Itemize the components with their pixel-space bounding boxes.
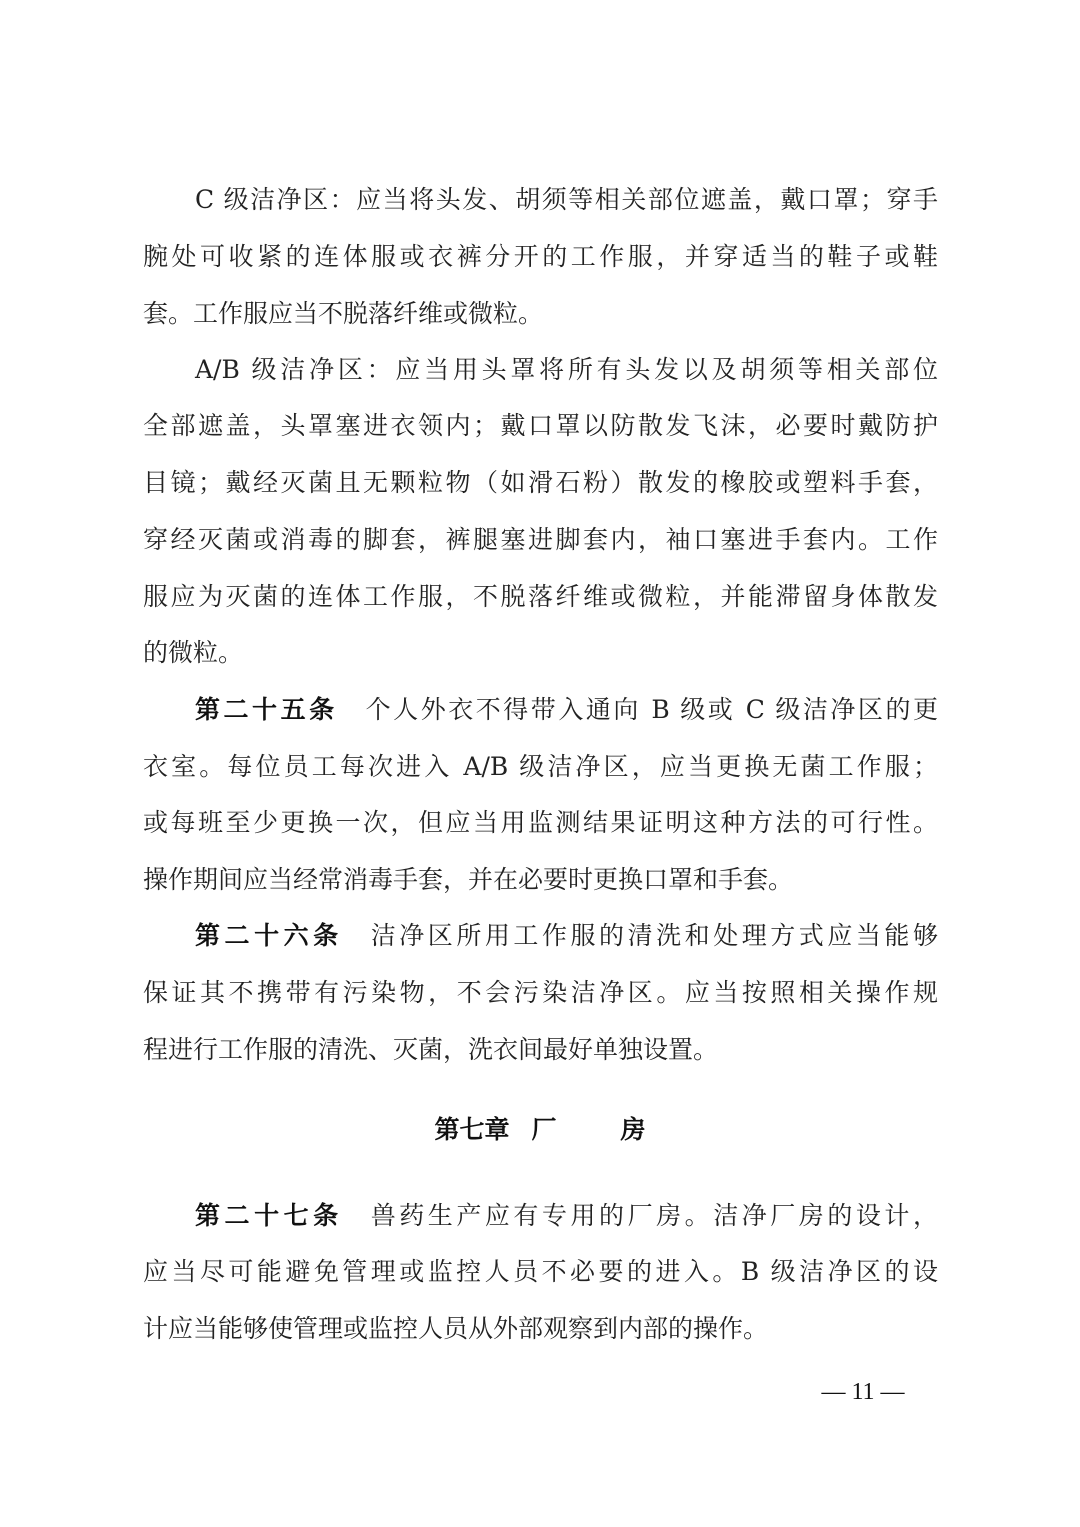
text-line: 全部遮盖，头罩塞进衣领内；戴口罩以防散发飞沫，必要时戴防护: [143, 406, 938, 446]
text-line: 计应当能够使管理或监控人员从外部观察到内部的操作。: [143, 1309, 938, 1349]
text-line: 第二十七条兽药生产应有专用的厂房。洁净厂房的设计，: [195, 1196, 938, 1236]
text-line: 服应为灭菌的连体工作服，不脱落纤维或微粒，并能滞留身体散发: [143, 577, 938, 617]
text-line: 应当尽可能避免管理或监控人员不必要的进入。B 级洁净区的设: [143, 1252, 938, 1292]
article-text: 兽药生产应有专用的厂房。洁净厂房的设计，: [371, 1201, 938, 1230]
text-line: 第二十六条洁净区所用工作服的清洗和处理方式应当能够: [195, 916, 938, 956]
text-line: A/B 级洁净区：应当用头罩将所有头发以及胡须等相关部位: [195, 350, 938, 390]
chapter-title-char: 厂: [531, 1115, 556, 1144]
chapter-number: 第七章: [434, 1115, 509, 1144]
text-line: 的微粒。: [143, 633, 938, 673]
article-text: 个人外衣不得带入通向 B 级或 C 级洁净区的更: [366, 695, 938, 724]
text-line: 操作期间应当经常消毒手套，并在必要时更换口罩和手套。: [143, 860, 938, 900]
article-number: 第二十五条: [195, 695, 338, 724]
chapter-heading: 第七章厂房: [0, 1110, 1080, 1150]
text-line: C 级洁净区：应当将头发、胡须等相关部位遮盖，戴口罩；穿手: [195, 180, 938, 220]
text-line: 或每班至少更换一次，但应当用监测结果证明这种方法的可行性。: [143, 803, 938, 843]
text-line: 穿经灭菌或消毒的脚套，裤腿塞进脚套内，袖口塞进手套内。工作: [143, 520, 938, 560]
page-number: — 11 —: [808, 1372, 918, 1412]
text-line: 目镜；戴经灭菌且无颗粒物（如滑石粉）散发的橡胶或塑料手套，: [143, 463, 938, 503]
text-line: 保证其不携带有污染物，不会污染洁净区。应当按照相关操作规: [143, 973, 938, 1013]
text-line: 程进行工作服的清洗、灭菌，洗衣间最好单独设置。: [143, 1030, 938, 1070]
text-line: 腕处可收紧的连体服或衣裤分开的工作服，并穿适当的鞋子或鞋: [143, 237, 938, 277]
text-line: 第二十五条个人外衣不得带入通向 B 级或 C 级洁净区的更: [195, 690, 938, 730]
article-text: 洁净区所用工作服的清洗和处理方式应当能够: [371, 921, 938, 950]
text-line: 套。工作服应当不脱落纤维或微粒。: [143, 294, 938, 334]
document-page: C 级洁净区：应当将头发、胡须等相关部位遮盖，戴口罩；穿手 腕处可收紧的连体服或…: [0, 0, 1080, 1527]
article-number: 第二十六条: [195, 921, 343, 950]
article-number: 第二十七条: [195, 1201, 343, 1230]
chapter-title-char: 房: [621, 1115, 646, 1144]
text-line: 衣室。每位员工每次进入 A/B 级洁净区，应当更换无菌工作服；: [143, 747, 938, 787]
